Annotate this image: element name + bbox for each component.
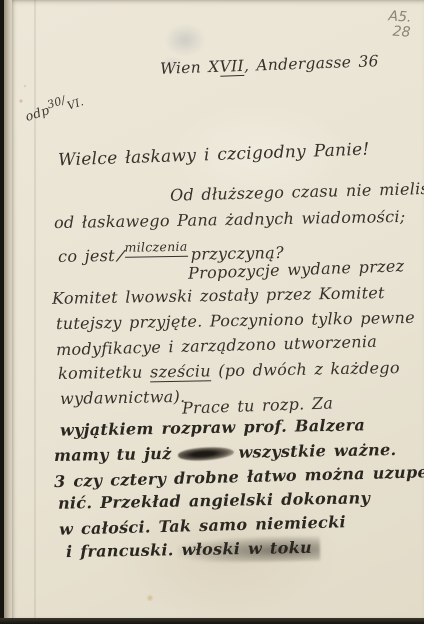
letter-line-smudged: i francuski. włoski w toku: [66, 538, 312, 561]
letter-line: komitetku sześciu (po dwóch z każdego: [58, 358, 400, 383]
letter-line-with-blot: mamy tu jużwszystkie ważne.: [54, 440, 397, 465]
address-line: Wien XVII, Andergasse 36: [160, 52, 379, 79]
letter-line: wyjątkiem rozpraw prof. Balzera: [60, 415, 365, 439]
scan-edge-bottom: [0, 618, 424, 624]
letter-line: wydawnictwa).: [60, 387, 186, 408]
letter-line: tutejszy przyjęte. Poczyniono tylko pewn…: [56, 308, 415, 333]
letter-page: A5. 28 odp30/VI. Wien XVII, Andergasse 3…: [12, 0, 424, 618]
archival-mark: 28: [387, 24, 411, 41]
page-edge-sliver: [4, 0, 12, 618]
underlined-word: sześciu: [150, 361, 211, 382]
salutation-line: Wielce łaskawy i czcigodny Panie!: [58, 141, 370, 171]
letter-line: nić. Przekład angielski dokonany: [58, 488, 370, 512]
letter-line: Komitet lwowski zostały przez Komitet: [52, 283, 385, 308]
letter-line: w całości. Tak samo niemiecki: [59, 512, 346, 539]
letter-line: Prace tu rozp. Za: [182, 393, 334, 417]
letter-line: Od dłuższego czasu nie mieliśmy: [170, 178, 424, 204]
letter-line: od łaskawego Pana żadnych wiadomości;: [54, 207, 406, 232]
inserted-word: milczenia: [124, 237, 187, 258]
archival-pencil-marks: A5. 28: [387, 9, 412, 41]
letter-line: 3 czy cztery drobne łatwo można uzupeł-: [54, 462, 424, 491]
smudged-text: włoski w toku: [181, 538, 312, 559]
ink-blot: [177, 445, 234, 462]
letter-line: modyfikacye i zarządzono utworzenia: [56, 332, 377, 359]
scanned-letter: A5. 28 odp30/VI. Wien XVII, Andergasse 3…: [0, 0, 424, 624]
reply-date-note: odp30/VI.: [21, 85, 86, 128]
insertion-caret: /: [116, 246, 125, 266]
